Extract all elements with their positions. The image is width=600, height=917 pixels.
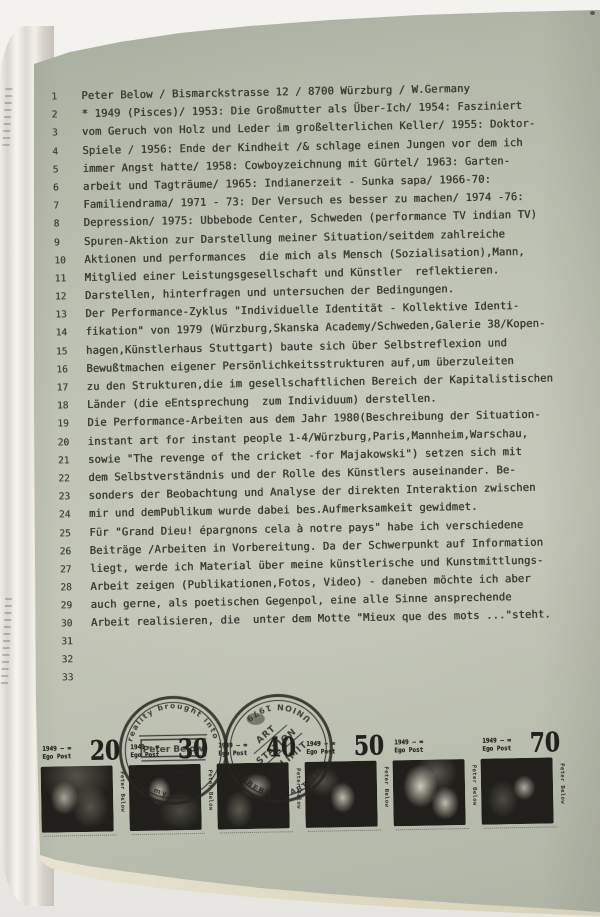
- stamp-photo-image: [481, 757, 554, 824]
- stamp-value: 70: [530, 727, 561, 759]
- stamp-photo-image: [393, 759, 466, 826]
- seal-rim-text: my · un: [152, 786, 196, 799]
- stamp-issue-label: 1949 — ∞Ego Post: [482, 737, 511, 753]
- book-page: 1Peter Below / Bismarckstrasse 12 / 8700…: [0, 0, 600, 917]
- line-number: 23: [59, 491, 89, 503]
- page-edge-marks: [1, 598, 13, 686]
- svg-text:my · un: my · un: [152, 786, 196, 799]
- line-number: 32: [62, 654, 92, 666]
- line-number: 7: [53, 200, 83, 212]
- page-content: 1Peter Below / Bismarckstrasse 12 / 8700…: [0, 0, 600, 917]
- line-number: 14: [56, 327, 86, 339]
- line-number: 1: [51, 91, 81, 103]
- line-number: 8: [54, 218, 84, 230]
- artistamp: 1949 — ∞Ego Post70Peter Below: [479, 721, 567, 831]
- line-number: 9: [54, 236, 84, 248]
- line-number: 24: [59, 509, 89, 521]
- line-number: 16: [56, 364, 86, 376]
- line-number: 3: [52, 127, 82, 139]
- line-number: 21: [58, 455, 88, 467]
- line-number: 17: [57, 382, 87, 394]
- stamp-issue-label: 1949 — ∞Ego Post: [394, 739, 423, 755]
- text-block: 1Peter Below / Bismarckstrasse 12 / 8700…: [0, 81, 559, 691]
- stamp-value: 50: [354, 731, 385, 763]
- line-number: 15: [56, 346, 86, 358]
- line-number: 25: [59, 527, 89, 539]
- line-number: 29: [61, 600, 91, 612]
- stamp-artist-name: Peter Below: [383, 766, 390, 807]
- line-number: 26: [60, 546, 90, 558]
- line-number: 33: [62, 672, 92, 684]
- stamp-issue-label: 1949 — ∞Ego Post: [42, 745, 71, 761]
- rubber-stamp-ubbeboda: UNION 1979 UBBEBODA ARTIST ART STATION U…: [205, 675, 352, 822]
- line-number: 4: [52, 146, 82, 158]
- line-number: 27: [60, 564, 90, 576]
- line-number: 2: [52, 109, 82, 121]
- line-number: 19: [57, 418, 87, 430]
- page-edge-marks: [2, 88, 12, 146]
- photo-background: 1Peter Below / Bismarckstrasse 12 / 8700…: [0, 0, 600, 917]
- line-number: 6: [53, 182, 83, 194]
- line-number: 5: [53, 164, 83, 176]
- line-number: 10: [54, 255, 84, 267]
- line-number: 13: [55, 309, 85, 321]
- line-number: 18: [57, 400, 87, 412]
- line-number: 12: [55, 291, 85, 303]
- line-text: Peter Below / Bismarckstrasse 12 / 8700 …: [81, 83, 470, 102]
- stamp-artist-name: Peter Below: [471, 765, 478, 806]
- line-number: 30: [61, 618, 91, 630]
- line-number: 31: [61, 635, 91, 647]
- line-number: 22: [58, 473, 88, 485]
- stamp-artist-name: Peter Below: [559, 763, 566, 804]
- line-number: 11: [55, 273, 85, 285]
- line-number: 28: [60, 582, 90, 594]
- line-number: 20: [58, 436, 88, 448]
- artistamp: 1949 — ∞Ego PostPeter Below: [391, 723, 479, 833]
- seal-center-name: Peter Below: [143, 744, 204, 755]
- page-corner-speck: [590, 11, 595, 15]
